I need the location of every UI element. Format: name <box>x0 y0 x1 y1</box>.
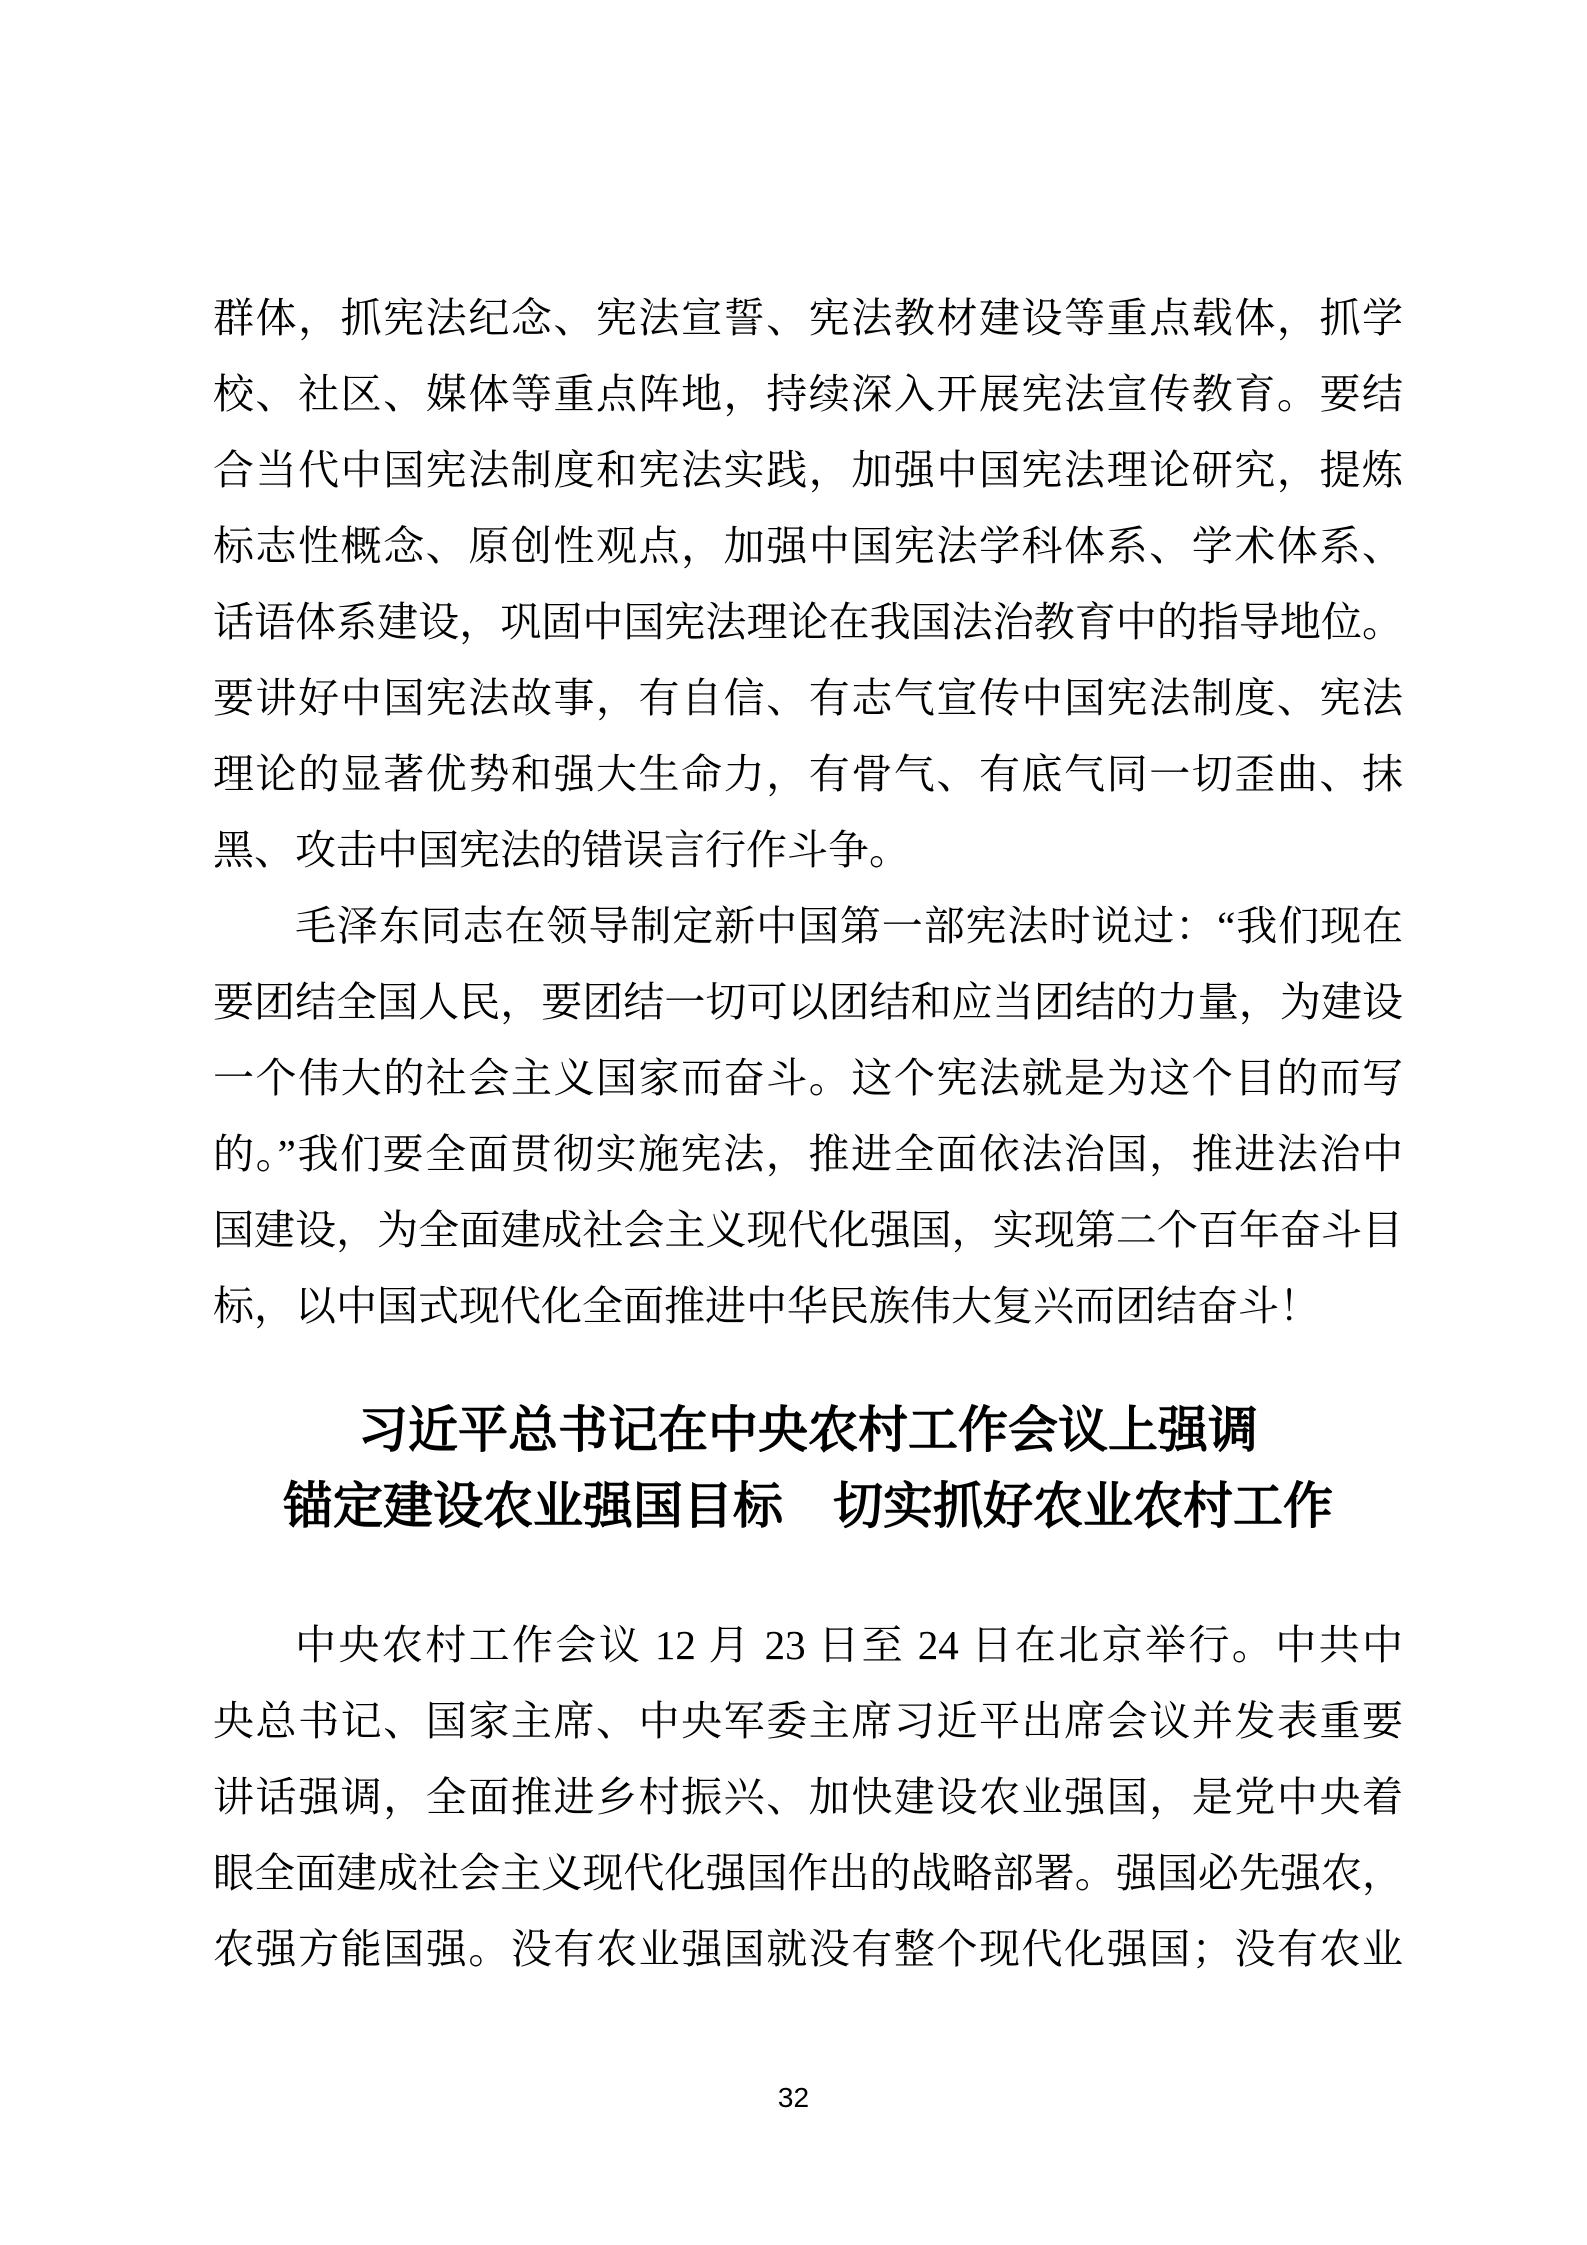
body-line: 要讲好中国宪法故事，有自信、有志气宣传中国宪法制度、宪法 <box>213 660 1403 736</box>
body-line: 群体，抓宪法纪念、宪法宣誓、宪法教材建设等重点载体，抓学 <box>213 280 1403 356</box>
body-line: 一个伟大的社会主义国家而奋斗。这个宪法就是为这个目的而写 <box>213 1040 1403 1116</box>
body-line: 眼全面建成社会主义现代化强国作出的战略部署。强国必先强农， <box>213 1835 1403 1911</box>
body-line: 话语体系建设，巩固中国宪法理论在我国法治教育中的指导地位。 <box>213 584 1403 660</box>
document-page: 群体，抓宪法纪念、宪法宣誓、宪法教材建设等重点载体，抓学 校、社区、媒体等重点阵… <box>0 0 1587 2245</box>
body-line: 标志性概念、原创性观点，加强中国宪法学科体系、学术体系、 <box>213 508 1403 584</box>
article-title-line-2: 锚定建设农业强国目标 切实抓好农业农村工作 <box>213 1468 1403 1544</box>
article-title: 习近平总书记在中央农村工作会议上强调 锚定建设农业强国目标 切实抓好农业农村工作 <box>213 1392 1403 1544</box>
body-line-paragraph-start: 中央农村工作会议 12 月 23 日至 24 日在北京举行。中共中 <box>213 1607 1403 1683</box>
body-line: 的。”我们要全面贯彻实施宪法，推进全面依法治国，推进法治中 <box>213 1116 1403 1192</box>
article-title-line-1: 习近平总书记在中央农村工作会议上强调 <box>213 1392 1403 1468</box>
body-line-paragraph-start: 毛泽东同志在领导制定新中国第一部宪法时说过：“我们现在 <box>213 888 1403 964</box>
body-line: 理论的显著优势和强大生命力，有骨气、有底气同一切歪曲、抹 <box>213 736 1403 812</box>
body-line-paragraph-end: 标，以中国式现代化全面推进中华民族伟大复兴而团结奋斗！ <box>213 1268 1403 1344</box>
body-line: 国建设，为全面建成社会主义现代化强国，实现第二个百年奋斗目 <box>213 1192 1403 1268</box>
body-line: 校、社区、媒体等重点阵地，持续深入开展宪法宣传教育。要结 <box>213 356 1403 432</box>
body-line: 讲话强调，全面推进乡村振兴、加快建设农业强国，是党中央着 <box>213 1759 1403 1835</box>
constitution-article-body: 群体，抓宪法纪念、宪法宣誓、宪法教材建设等重点载体，抓学 校、社区、媒体等重点阵… <box>213 280 1403 1344</box>
page-number: 32 <box>0 2078 1587 2118</box>
body-line: 农强方能国强。没有农业强国就没有整个现代化强国；没有农业 <box>213 1911 1403 1987</box>
body-line: 要团结全国人民，要团结一切可以团结和应当团结的力量，为建设 <box>213 964 1403 1040</box>
rural-work-article-body: 中央农村工作会议 12 月 23 日至 24 日在北京举行。中共中 央总书记、国… <box>213 1607 1403 1987</box>
body-line-paragraph-end: 黑、攻击中国宪法的错误言行作斗争。 <box>213 812 1403 888</box>
body-line: 央总书记、国家主席、中央军委主席习近平出席会议并发表重要 <box>213 1683 1403 1759</box>
body-line: 合当代中国宪法制度和宪法实践，加强中国宪法理论研究，提炼 <box>213 432 1403 508</box>
